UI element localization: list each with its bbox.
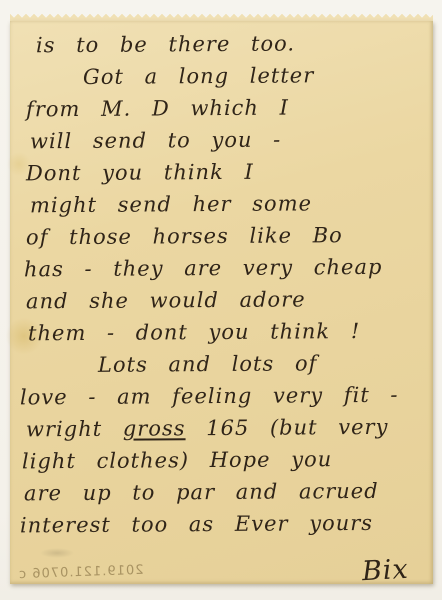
letter-text: is to be there too.Got a long letterfrom… (10, 28, 427, 540)
letter-line: interest too as Ever yours (10, 507, 427, 542)
letter-line: wright gross 165 (but very (10, 411, 427, 446)
letter-line: has - they are very cheap (10, 251, 427, 286)
letter-line: and she would adore (10, 283, 427, 318)
scanned-letter-page: is to be there too.Got a long letterfrom… (0, 0, 442, 600)
letter-line: are up to par and acrued (10, 475, 427, 510)
letter-line: love - am feeling very fit - (10, 379, 427, 414)
letter-line: light clothes) Hope you (10, 443, 427, 478)
letter-line: will send to you - (10, 123, 427, 158)
letter-line: them - dont you think ! (10, 315, 427, 350)
paper-body: is to be there too.Got a long letterfrom… (10, 21, 433, 584)
accession-number-mirrored: 2019.121.0706 c (18, 563, 144, 582)
pencil-smudge (40, 548, 74, 558)
letter-line: Dont you think I (10, 155, 427, 190)
perforated-torn-edge (10, 14, 433, 21)
letter-line: Got a long letter (10, 59, 427, 94)
letter-line: of those horses like Bo (10, 219, 427, 254)
letter-line: from M. D which I (10, 91, 427, 126)
letter-line: is to be there too. (10, 27, 427, 62)
letter-paper: is to be there too.Got a long letterfrom… (10, 14, 433, 584)
signature: Bix (362, 554, 410, 587)
letter-line: Lots and lots of (10, 347, 427, 382)
letter-line: might send her some (10, 187, 427, 222)
